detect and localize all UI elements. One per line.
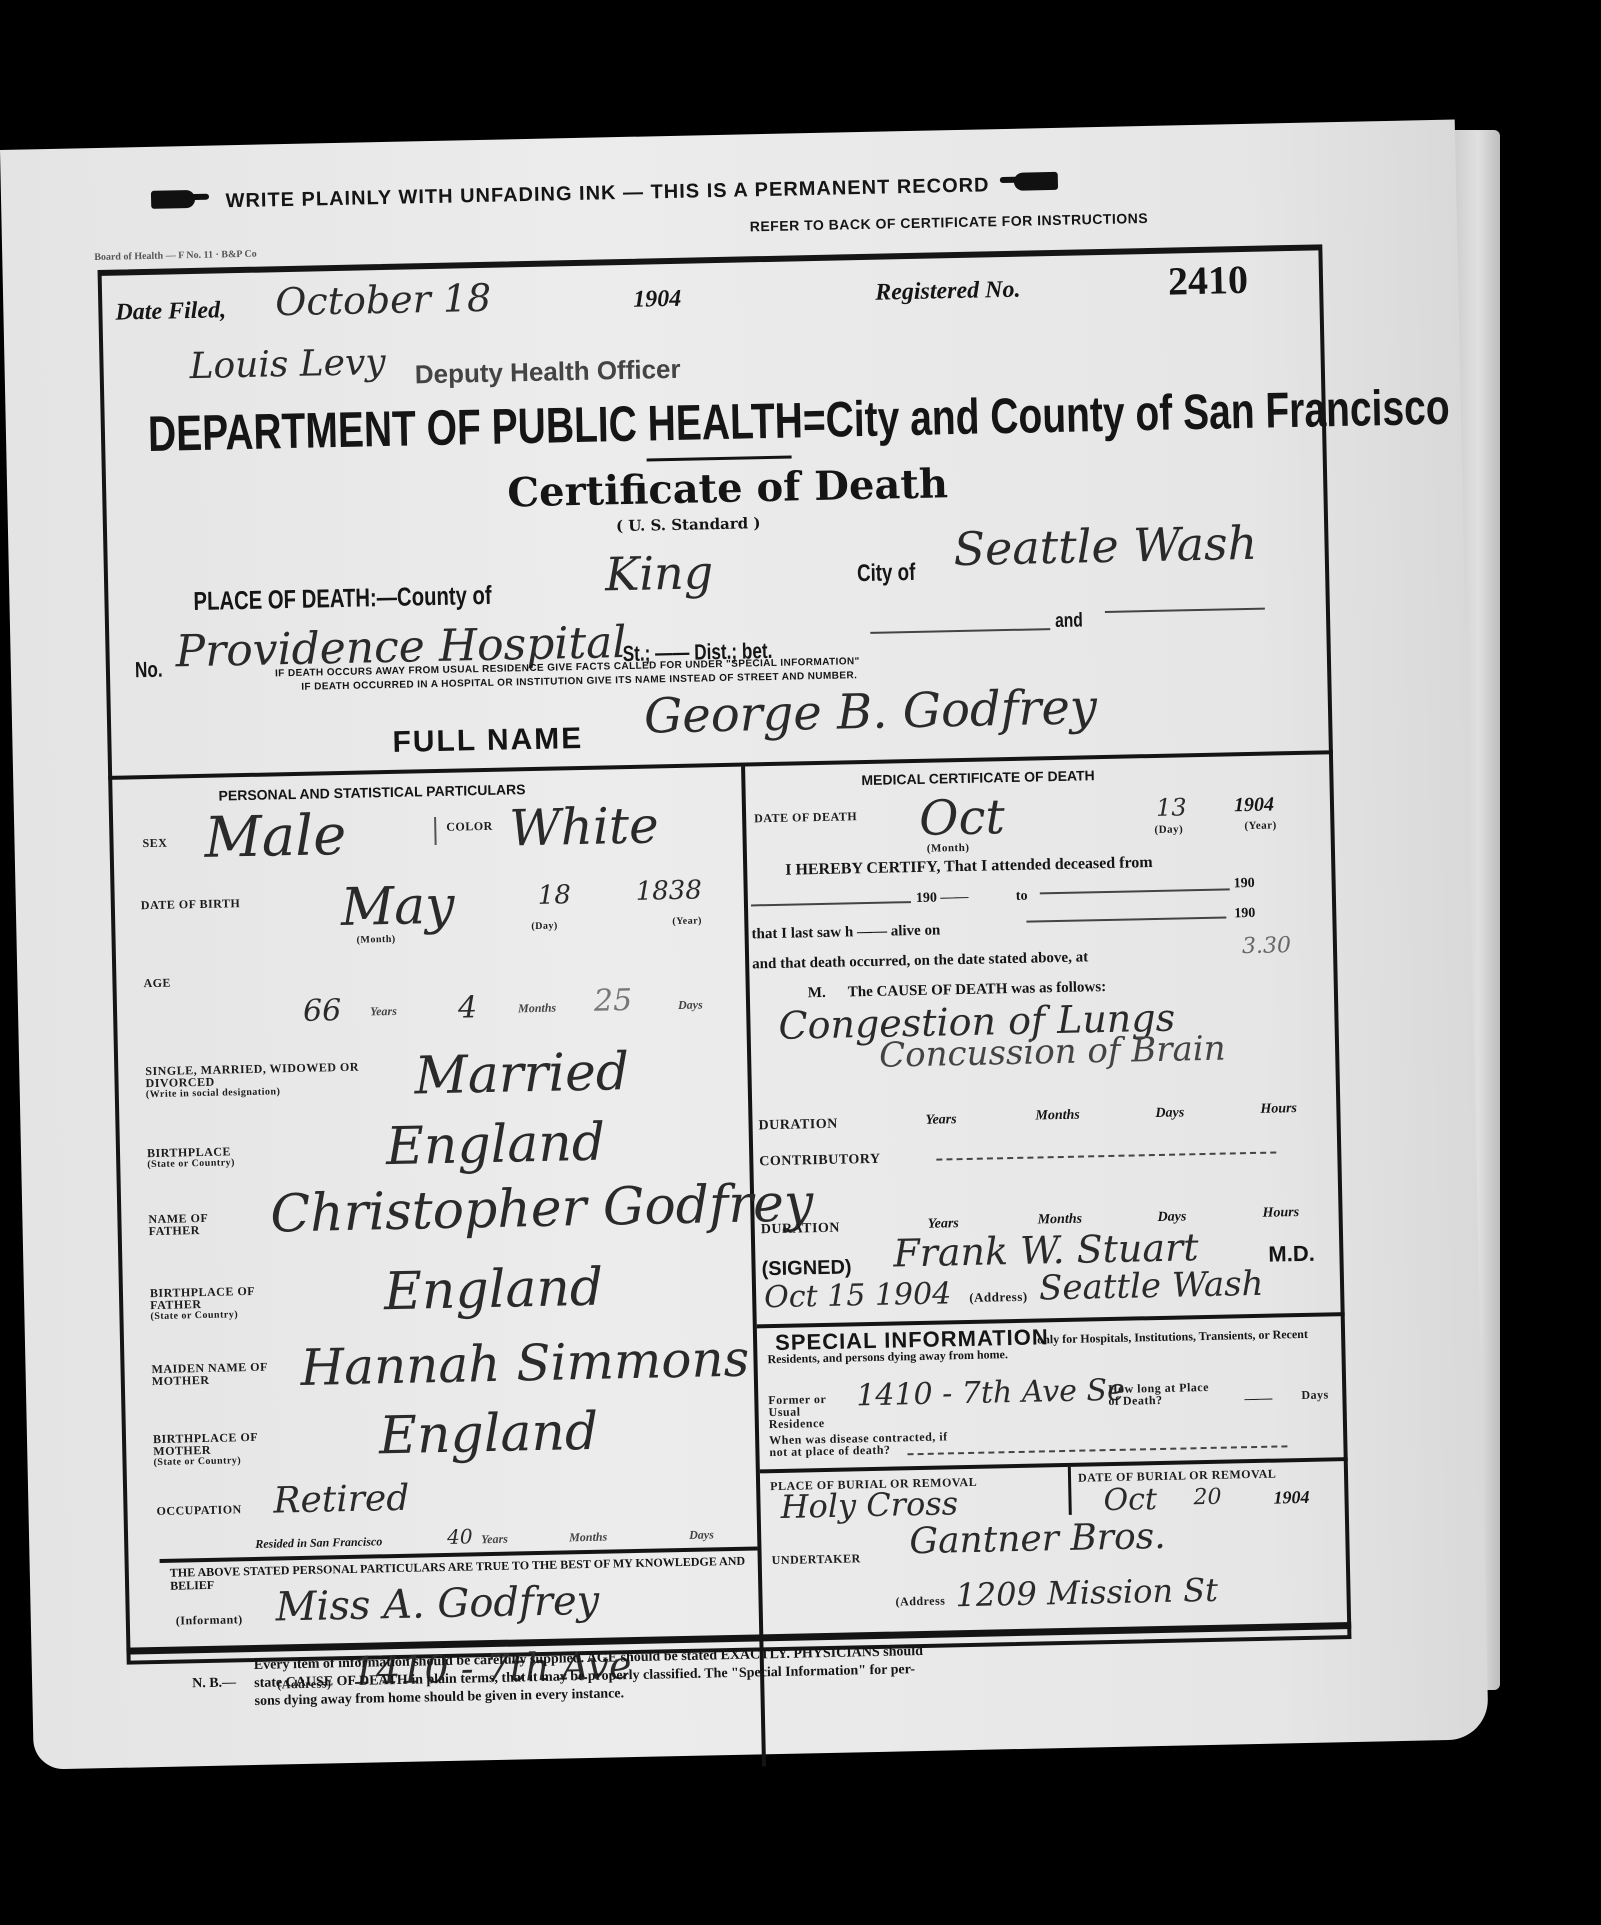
father-label: NAME OF FATHER bbox=[148, 1211, 258, 1237]
dod-month: Oct bbox=[919, 789, 1006, 847]
marital-value: Married bbox=[414, 1042, 630, 1106]
informant-value: Miss A. Godfrey bbox=[275, 1578, 600, 1631]
burial-day: 20 bbox=[1193, 1485, 1222, 1511]
dod-year: 1904 bbox=[1234, 793, 1274, 817]
officer-signature: Louis Levy bbox=[189, 342, 386, 387]
burial-place: Holy Cross bbox=[780, 1484, 958, 1526]
age-days: 25 bbox=[594, 983, 633, 1019]
mother-birthplace-label: BIRTHPLACE OF MOTHER(State or Country) bbox=[153, 1430, 294, 1469]
signed-date: Oct 15 1904 bbox=[764, 1276, 952, 1315]
and-label: and bbox=[1055, 609, 1083, 633]
dob-month: May bbox=[340, 876, 455, 938]
marital-label: SINGLE, MARRIED, WIDOWED OR DIVORCED(Wri… bbox=[145, 1060, 386, 1101]
undertaker-value: Gantner Bros. bbox=[909, 1516, 1166, 1562]
mother-label: MAIDEN NAME OF MOTHER bbox=[151, 1360, 281, 1387]
registered-number: 2410 bbox=[1168, 256, 1249, 305]
city-value: Seattle Wash bbox=[953, 516, 1258, 576]
dob-year: 1838 bbox=[635, 875, 702, 906]
duration-label-1: DURATION bbox=[758, 1119, 837, 1133]
burial-year: 1904 bbox=[1273, 1487, 1309, 1509]
date-filed-value: October 18 bbox=[275, 276, 492, 325]
dod-label: DATE OF DEATH bbox=[754, 810, 857, 824]
occupation-label: OCCUPATION bbox=[156, 1503, 241, 1517]
color-label: COLOR bbox=[446, 820, 493, 833]
signed-label: (SIGNED) bbox=[761, 1256, 851, 1281]
certificate-page: WRITE PLAINLY WITH UNFADING INK — THIS I… bbox=[0, 120, 1489, 1770]
date-filed-year: 1904 bbox=[633, 286, 682, 314]
resided-years: 40 bbox=[447, 1524, 473, 1549]
standard-label: ( U. S. Standard ) bbox=[616, 514, 761, 535]
meridiem: M. bbox=[808, 985, 826, 1002]
age-label: AGE bbox=[143, 977, 171, 990]
mother-birthplace-value: England bbox=[378, 1402, 598, 1467]
time-of-death: 3.30 bbox=[1242, 933, 1291, 959]
nb-label: N. B.— bbox=[192, 1675, 236, 1692]
md-label: M.D. bbox=[1268, 1241, 1315, 1268]
informant-label: (Informant) bbox=[176, 1613, 243, 1626]
place-of-death-label: PLACE OF DEATH:—County of bbox=[193, 580, 492, 617]
pointing-hand-icon bbox=[1014, 172, 1058, 191]
registered-label: Registered No. bbox=[875, 277, 1021, 307]
father-value: Christopher Godfrey bbox=[270, 1173, 814, 1244]
father-birthplace-value: England bbox=[383, 1258, 603, 1323]
cause-secondary: Concussion of Brain bbox=[879, 1029, 1226, 1076]
officer-title: Deputy Health Officer bbox=[414, 354, 680, 391]
color-value: White bbox=[509, 796, 659, 857]
birthplace-value: England bbox=[385, 1113, 605, 1178]
pointing-hand-icon bbox=[151, 190, 195, 209]
dob-label: DATE OF BIRTH bbox=[141, 897, 241, 911]
dod-day: 13 bbox=[1156, 793, 1187, 822]
residence-label: Former or Usual Residence bbox=[768, 1392, 859, 1430]
refer-notice: REFER TO BACK OF CERTIFICATE FOR INSTRUC… bbox=[750, 210, 1149, 234]
contributory-label: CONTRIBUTORY bbox=[759, 1154, 880, 1169]
county-value: King bbox=[604, 545, 713, 601]
form-number: Board of Health — F No. 11 · B&P Co bbox=[94, 249, 257, 263]
certificate-title: Certificate of Death bbox=[507, 460, 949, 516]
top-notice: WRITE PLAINLY WITH UNFADING INK — THIS I… bbox=[151, 172, 1058, 215]
resided-label: Resided in San Francisco bbox=[255, 1534, 382, 1552]
undertaker-address: 1209 Mission St bbox=[955, 1571, 1218, 1614]
city-label: City of bbox=[857, 559, 916, 588]
age-months: 4 bbox=[458, 990, 478, 1025]
residence-value: 1410 - 7th Ave Se bbox=[856, 1373, 1125, 1414]
undertaker-label: UNDERTAKER bbox=[772, 1552, 861, 1566]
full-name-value: George B. Godfrey bbox=[643, 679, 1097, 744]
dob-day: 18 bbox=[537, 880, 571, 911]
date-filed-label: Date Filed, bbox=[115, 297, 226, 326]
sex-label: SEX bbox=[142, 837, 167, 850]
how-long-label: How long at Place of Death? bbox=[1108, 1381, 1218, 1407]
burial-month: Oct bbox=[1103, 1482, 1157, 1518]
father-birthplace-label: BIRTHPLACE OF FATHER(State or Country) bbox=[150, 1284, 291, 1323]
occupation-value: Retired bbox=[273, 1478, 410, 1522]
full-name-label: FULL NAME bbox=[392, 722, 583, 760]
mother-value: Hannah Simmons bbox=[300, 1330, 750, 1397]
sex-value: Male bbox=[204, 803, 347, 871]
duration-label-2: DURATION bbox=[761, 1223, 840, 1237]
signed-address: Seattle Wash bbox=[1039, 1264, 1264, 1309]
birthplace-label: BIRTHPLACE(State or Country) bbox=[147, 1145, 235, 1171]
number-label: No. bbox=[135, 657, 163, 684]
age-years: 66 bbox=[303, 993, 342, 1029]
